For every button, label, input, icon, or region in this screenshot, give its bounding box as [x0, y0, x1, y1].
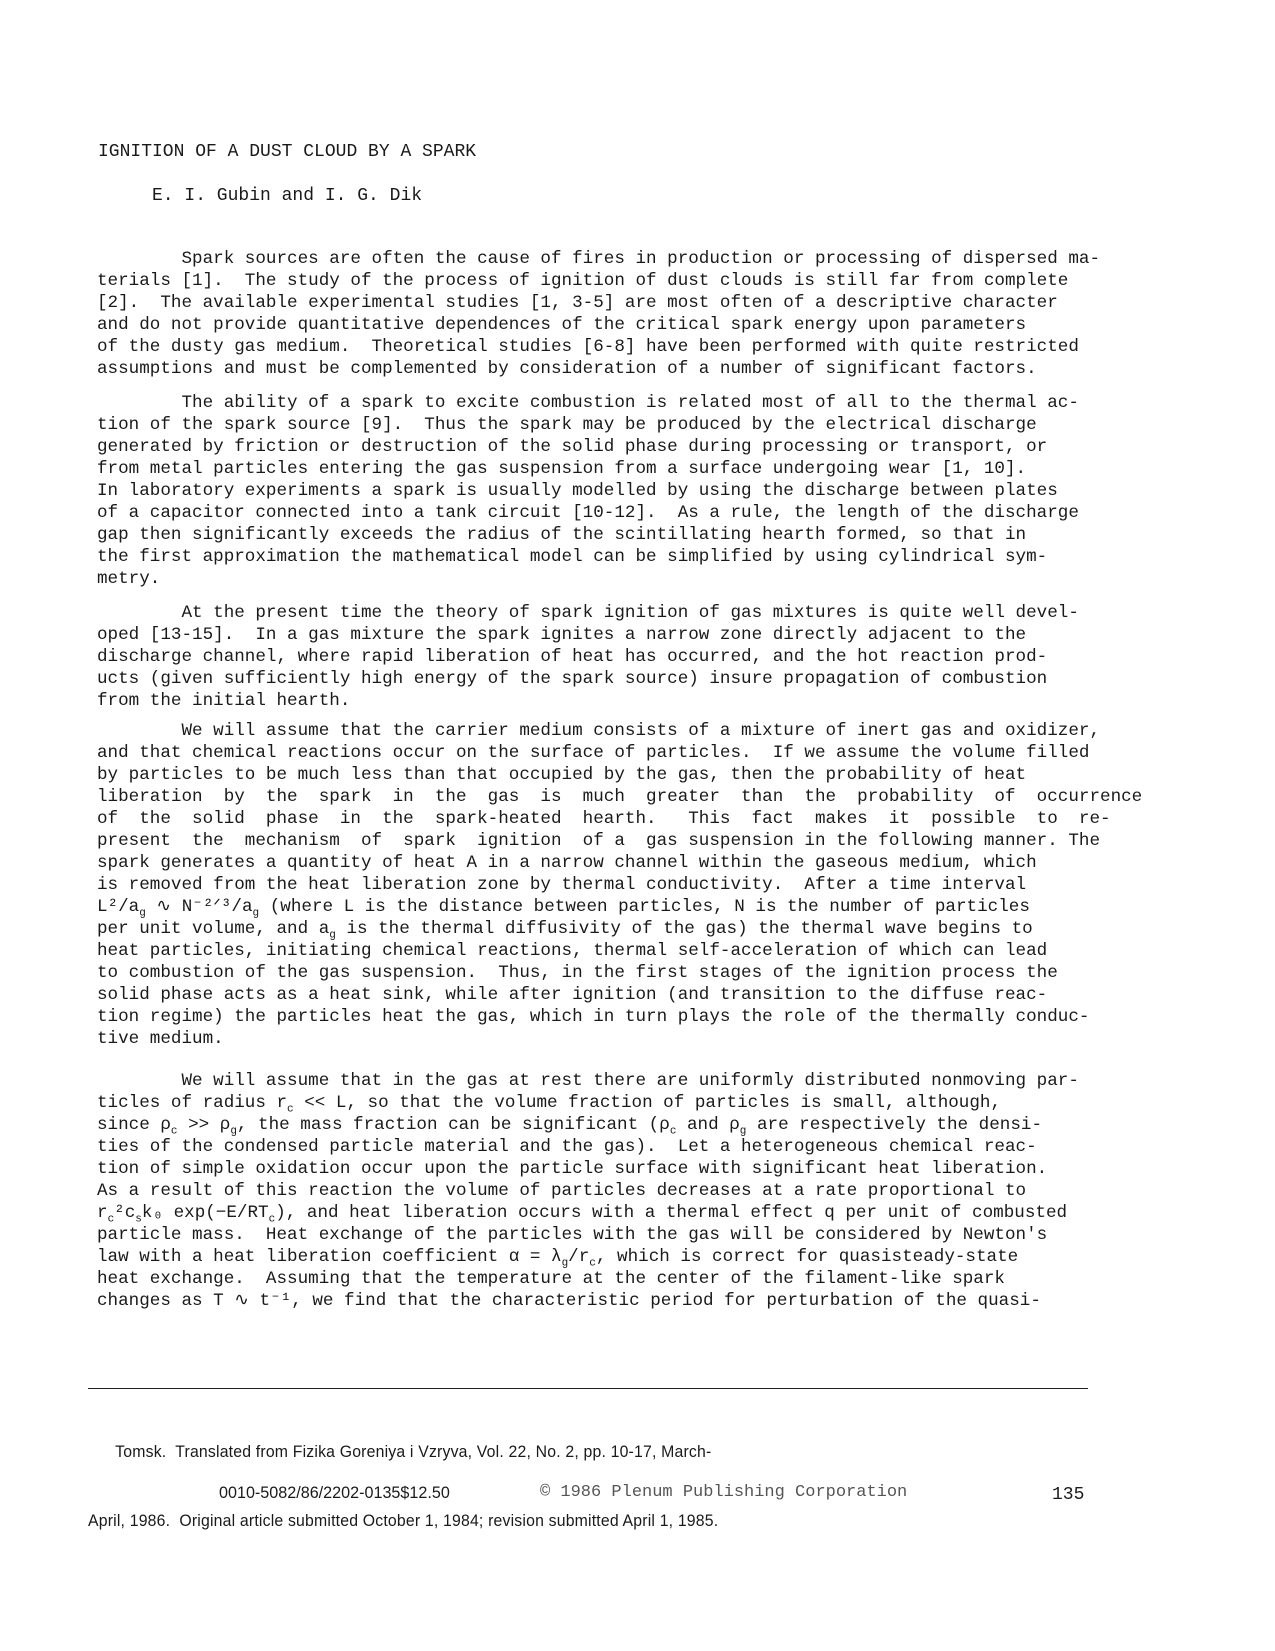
text-line: The ability of a spark to excite combust…	[97, 392, 1079, 414]
footnote-divider	[88, 1388, 1088, 1389]
paragraph-5: We will assume that in the gas at rest t…	[97, 1070, 1079, 1312]
text-line: gap then significantly exceeds the radiu…	[97, 524, 1079, 546]
text-line: L²/ag ∿ N⁻²ᐟ³/ag (where L is the distanc…	[97, 896, 1142, 918]
text-line: At the present time the theory of spark …	[97, 602, 1079, 624]
text-line: tion regime) the particles heat the gas,…	[97, 1006, 1142, 1028]
article-title: IGNITION OF A DUST CLOUD BY A SPARK	[98, 142, 476, 162]
text-line: rc²csk₀ exp(−E/RTc), and heat liberation…	[97, 1202, 1079, 1224]
footnote-line: April, 1986. Original article submitted …	[88, 1509, 718, 1532]
text-line: We will assume that the carrier medium c…	[97, 720, 1142, 742]
text-line: of a capacitor connected into a tank cir…	[97, 502, 1079, 524]
text-line: is removed from the heat liberation zone…	[97, 874, 1142, 896]
text-line: of the solid phase in the spark-heated h…	[97, 808, 1142, 830]
text-line: liberation by the spark in the gas is mu…	[97, 786, 1142, 808]
text-line: heat particles, initiating chemical reac…	[97, 940, 1142, 962]
article-code: 0010-5082/86/2202-0135$12.50	[219, 1483, 450, 1503]
text-line: Spark sources are often the cause of fir…	[97, 248, 1100, 270]
text-line: of the dusty gas medium. Theoretical stu…	[97, 336, 1100, 358]
text-line: since ρc >> ρg, the mass fraction can be…	[97, 1114, 1079, 1136]
text-line: ucts (given sufficiently high energy of …	[97, 668, 1079, 690]
text-line: by particles to be much less than that o…	[97, 764, 1142, 786]
text-line: [2]. The available experimental studies …	[97, 292, 1100, 314]
text-line: changes as T ∿ t⁻¹, we find that the cha…	[97, 1290, 1079, 1312]
text-line: present the mechanism of spark ignition …	[97, 830, 1142, 852]
text-line: and do not provide quantitative dependen…	[97, 314, 1100, 336]
text-line: spark generates a quantity of heat A in …	[97, 852, 1142, 874]
text-line: and that chemical reactions occur on the…	[97, 742, 1142, 764]
text-line: ties of the condensed particle material …	[97, 1136, 1079, 1158]
text-line: metry.	[97, 568, 1079, 590]
text-line: As a result of this reaction the volume …	[97, 1180, 1079, 1202]
page-number: 135	[1052, 1485, 1084, 1505]
paragraph-1: Spark sources are often the cause of fir…	[97, 248, 1100, 380]
text-line: law with a heat liberation coefficient α…	[97, 1246, 1079, 1268]
paragraph-4: We will assume that the carrier medium c…	[97, 720, 1142, 1050]
text-line: discharge channel, where rapid liberatio…	[97, 646, 1079, 668]
text-line: from the initial hearth.	[97, 690, 1079, 712]
document-page: IGNITION OF A DUST CLOUD BY A SPARK E. I…	[0, 0, 1275, 1651]
text-line: oped [13-15]. In a gas mixture the spark…	[97, 624, 1079, 646]
text-line: generated by friction or destruction of …	[97, 436, 1079, 458]
text-line: solid phase acts as a heat sink, while a…	[97, 984, 1142, 1006]
text-line: tive medium.	[97, 1028, 1142, 1050]
text-line: the first approximation the mathematical…	[97, 546, 1079, 568]
article-authors: E. I. Gubin and I. G. Dik	[152, 186, 422, 206]
text-line: tion of the spark source [9]. Thus the s…	[97, 414, 1079, 436]
text-line: terials [1]. The study of the process of…	[97, 270, 1100, 292]
text-line: per unit volume, and ag is the thermal d…	[97, 918, 1142, 940]
text-line: to combustion of the gas suspension. Thu…	[97, 962, 1142, 984]
text-line: tion of simple oxidation occur upon the …	[97, 1158, 1079, 1180]
text-line: particle mass. Heat exchange of the part…	[97, 1224, 1079, 1246]
text-line: ticles of radius rc << L, so that the vo…	[97, 1092, 1079, 1114]
text-line: We will assume that in the gas at rest t…	[97, 1070, 1079, 1092]
footnote-line: Tomsk. Translated from Fizika Goreniya i…	[88, 1440, 718, 1463]
paragraph-2: The ability of a spark to excite combust…	[97, 392, 1079, 590]
text-line: heat exchange. Assuming that the tempera…	[97, 1268, 1079, 1290]
text-line: from metal particles entering the gas su…	[97, 458, 1079, 480]
text-line: assumptions and must be complemented by …	[97, 358, 1100, 380]
paragraph-3: At the present time the theory of spark …	[97, 602, 1079, 712]
text-line: In laboratory experiments a spark is usu…	[97, 480, 1079, 502]
copyright-publisher: © 1986 Plenum Publishing Corporation	[540, 1483, 907, 1502]
